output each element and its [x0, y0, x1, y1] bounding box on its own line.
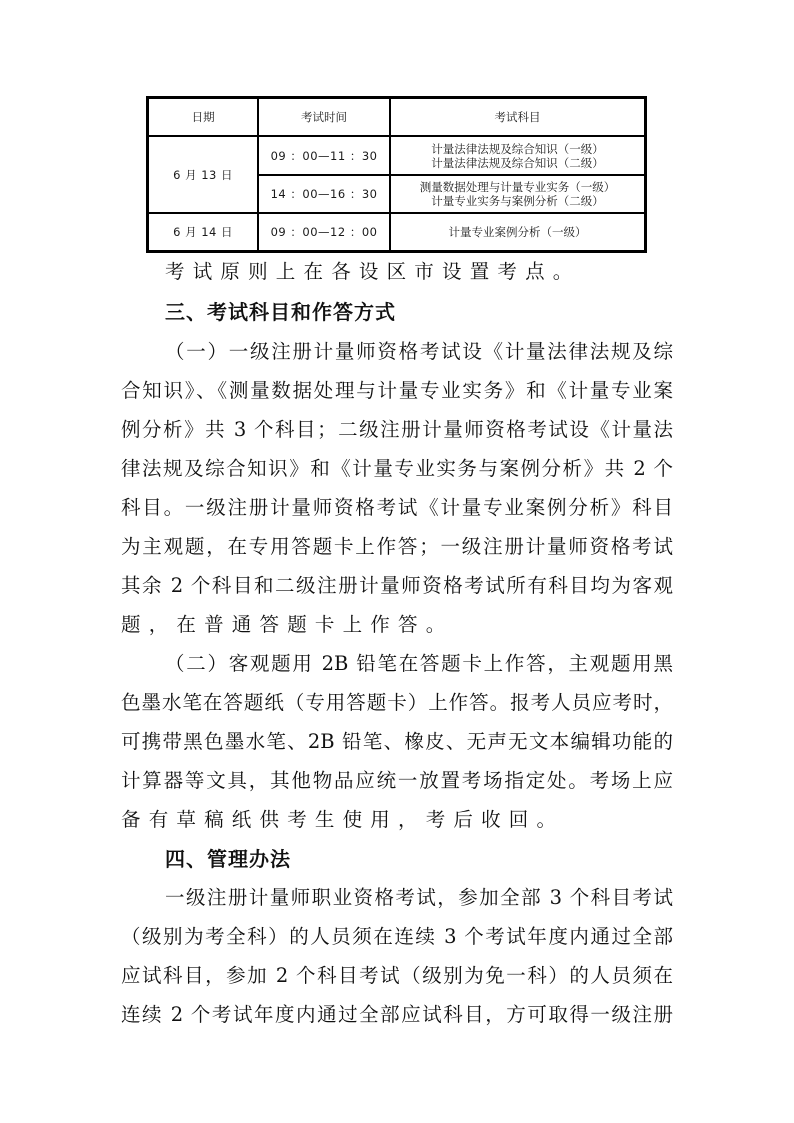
paragraph-line: 科目。一级注册计量师资格考试《计量专业案例分析》科目 [121, 496, 673, 520]
section-heading: 三、考试科目和作答方式 [165, 300, 673, 324]
date-cell: 6 月 14 日 [148, 213, 259, 252]
paragraph-line: （一）一级注册计量师资格考试设《计量法律法规及综 [165, 340, 673, 364]
paragraph-line: （级别为考全科）的人员须在连续 3 个考试年度内通过全部 [121, 925, 673, 949]
time-cell: 09 ：00—12 ：00 [258, 213, 390, 252]
header-exam-subject: 考试科目 [390, 98, 646, 137]
header-exam-time: 考试时间 [258, 98, 390, 137]
paragraph-line: 为主观题，在专用答题卡上作答；一级注册计量师资格考试 [121, 535, 673, 559]
table-row: 6 月 14 日 09 ：00—12 ：00 计量专业案例分析（一级） [148, 213, 646, 252]
paragraph-line: 连续 2 个考试年度内通过全部应试科目，方可取得一级注册 [121, 1003, 673, 1027]
subject-line: 计量专业案例分析（一级） [391, 225, 644, 239]
subject-line: 计量法律法规及综合知识（二级） [391, 156, 644, 170]
time-cell: 09 ：00—11 ：30 [258, 136, 390, 175]
subject-cell: 计量法律法规及综合知识（一级） 计量法律法规及综合知识（二级） [390, 136, 646, 175]
date-cell: 6 月 13 日 [148, 136, 259, 213]
paragraph-line: 可携带黑色墨水笔、2B 铅笔、橡皮、无声无文本编辑功能的 [121, 730, 673, 754]
paragraph-line: 其余 2 个科目和二级注册计量师资格考试所有科目均为客观 [121, 574, 673, 598]
table-header-row: 日期 考试时间 考试科目 [148, 98, 646, 137]
paragraph-line: 色墨水笔在答题纸（专用答题卡）上作答。报考人员应考时， [121, 691, 673, 715]
section-heading: 四、管理办法 [165, 847, 673, 871]
paragraph-line: 备有草稿纸供考生使用，考后收回。 [121, 808, 673, 832]
subject-line: 计量法律法规及综合知识（一级） [391, 142, 644, 156]
paragraph-line: 律法规及综合知识》和《计量专业实务与案例分析》共 2 个 [121, 457, 673, 481]
exam-schedule-table: 日期 考试时间 考试科目 6 月 13 日 09 ：00—11 ：30 计量法律… [146, 96, 647, 253]
subject-line: 计量专业实务与案例分析（二级） [391, 194, 644, 208]
paragraph-line: 考试原则上在各设区市设置考点。 [165, 260, 673, 284]
subject-line: 测量数据处理与计量专业实务（一级） [391, 180, 644, 194]
time-cell: 14 ：00—16 ：30 [258, 175, 390, 213]
paragraph-line: 合知识》、《测量数据处理与计量专业实务》和《计量专业案 [121, 379, 673, 403]
table-row: 6 月 13 日 09 ：00—11 ：30 计量法律法规及综合知识（一级） 计… [148, 136, 646, 175]
paragraph-line: 例分析》共 3 个科目；二级注册计量师资格考试设《计量法 [121, 418, 673, 442]
paragraph-line: 计算器等文具，其他物品应统一放置考场指定处。考场上应 [121, 769, 673, 793]
subject-cell: 计量专业案例分析（一级） [390, 213, 646, 252]
document-page: 日期 考试时间 考试科目 6 月 13 日 09 ：00—11 ：30 计量法律… [0, 0, 794, 1123]
paragraph-line: 应试科目，参加 2 个科目考试（级别为免一科）的人员须在 [121, 964, 673, 988]
paragraph-line: （二）客观题用 2B 铅笔在答题卡上作答，主观题用黑 [165, 652, 673, 676]
header-date: 日期 [148, 98, 259, 137]
subject-cell: 测量数据处理与计量专业实务（一级） 计量专业实务与案例分析（二级） [390, 175, 646, 213]
paragraph-line: 题，在普通答题卡上作答。 [121, 613, 673, 637]
paragraph-line: 一级注册计量师职业资格考试，参加全部 3 个科目考试 [165, 886, 673, 910]
